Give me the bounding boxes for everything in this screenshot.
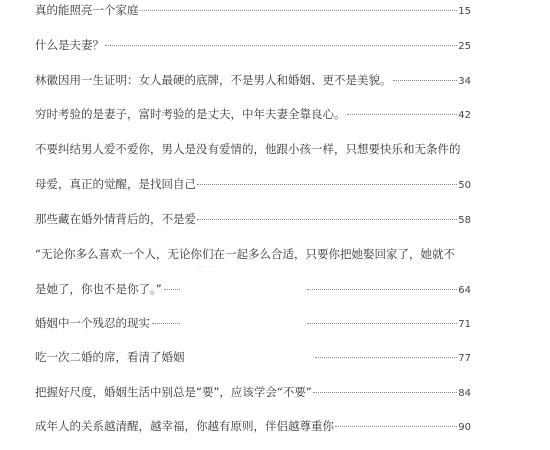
toc-entry-title: 把握好尺度，婚姻生活中别总是“要”，应该学会“不要” xyxy=(35,385,312,399)
toc-entry[interactable]: “无论你多么喜欢一个人，无论你们在一起多么合适，只要你把她娶回家了，她就不 是她… xyxy=(35,247,471,298)
dot-leader xyxy=(307,288,458,290)
toc-entry[interactable]: 成年人的关系越清醒，越幸福，你越有原则，伴侣越尊重你 90 xyxy=(35,419,471,435)
toc-entry-page: 34 xyxy=(458,75,471,89)
toc-entry-title: 婚姻中一个残忍的现实 xyxy=(35,316,150,330)
toc-entry-title: 穷时考验的是妻子，富时考验的是丈夫，中年夫妻全靠良心。 xyxy=(35,107,346,121)
dot-leader xyxy=(393,79,458,81)
toc-entry[interactable]: 不要纠结男人爱不爱你，男人是没有爱情的，他跟小孩一样，只想要快乐和无条件的 母爱… xyxy=(35,142,471,193)
toc-entry-page: 15 xyxy=(458,5,471,19)
dot-leader xyxy=(197,218,457,220)
toc-entry-title: 成年人的关系越清醒，越幸福，你越有原则，伴侣越尊重你 xyxy=(35,419,334,433)
scan-artifact: ... .. xyxy=(197,262,214,269)
toc-entry[interactable]: 婚姻中一个残忍的现实 71 xyxy=(35,316,471,332)
dot-leader xyxy=(315,356,458,358)
toc-entry-page: 77 xyxy=(458,352,471,366)
toc-entry[interactable]: 穷时考验的是妻子，富时考验的是丈夫，中年夫妻全靠良心。 42 xyxy=(35,107,471,123)
toc-entry-title-line1: “无论你多么喜欢一个人，无论你们在一起多么合适，只要你把她娶回家了，她就不 xyxy=(35,247,455,261)
toc-entry[interactable]: 林徽因用一生证明：女人最硬的底牌，不是男人和婚姻、更不是美貌。 34 xyxy=(35,73,471,89)
dot-leader xyxy=(140,9,458,11)
dot-leader xyxy=(152,322,180,324)
toc-entry-title-line1: 不要纠结男人爱不爱你，男人是没有爱情的，他跟小孩一样，只想要快乐和无条件的 xyxy=(35,142,461,156)
toc-entry-title-line2: 是她了，你也不是你了。” xyxy=(35,282,162,296)
toc-entry-page: 71 xyxy=(458,318,471,332)
dot-leader xyxy=(335,425,457,427)
dot-leader xyxy=(347,113,458,115)
toc-entry-page: 58 xyxy=(458,214,471,228)
toc-entry[interactable]: 什么是夫妻？ 25 xyxy=(35,38,471,54)
toc-entry[interactable]: 真的能照亮一个家庭 15 xyxy=(35,3,471,19)
toc-entry-page: 50 xyxy=(458,179,471,193)
toc-entry-title: 吃一次二婚的席，看清了婚姻 xyxy=(35,350,185,364)
dot-leader xyxy=(313,391,457,393)
toc-entry-page: 84 xyxy=(458,387,471,401)
toc-entry-page: 25 xyxy=(458,40,471,54)
toc-entry-page: 42 xyxy=(458,109,471,123)
dot-leader xyxy=(105,44,457,46)
toc-entry[interactable]: 吃一次二婚的席，看清了婚姻 77 xyxy=(35,350,471,366)
dot-leader xyxy=(164,288,180,290)
dot-leader xyxy=(197,183,457,185)
toc-entry-page: 90 xyxy=(458,421,471,435)
toc-entry-page: 64 xyxy=(458,284,471,298)
toc-entry[interactable]: 把握好尺度，婚姻生活中别总是“要”，应该学会“不要” 84 xyxy=(35,385,471,401)
dot-leader xyxy=(307,322,457,324)
toc-entry-title: 林徽因用一生证明：女人最硬的底牌，不是男人和婚姻、更不是美貌。 xyxy=(35,73,392,87)
toc-entry-title: 那些藏在婚外情背后的，不是爱 xyxy=(35,212,196,226)
toc-entry[interactable]: 那些藏在婚外情背后的，不是爱 58 xyxy=(35,212,471,228)
toc-entry-title: 什么是夫妻？ xyxy=(35,38,104,52)
toc-entry-title: 真的能照亮一个家庭 xyxy=(35,3,139,17)
toc-entry-title-line2: 母爱，真正的觉醒，是找回自己 xyxy=(35,177,196,191)
